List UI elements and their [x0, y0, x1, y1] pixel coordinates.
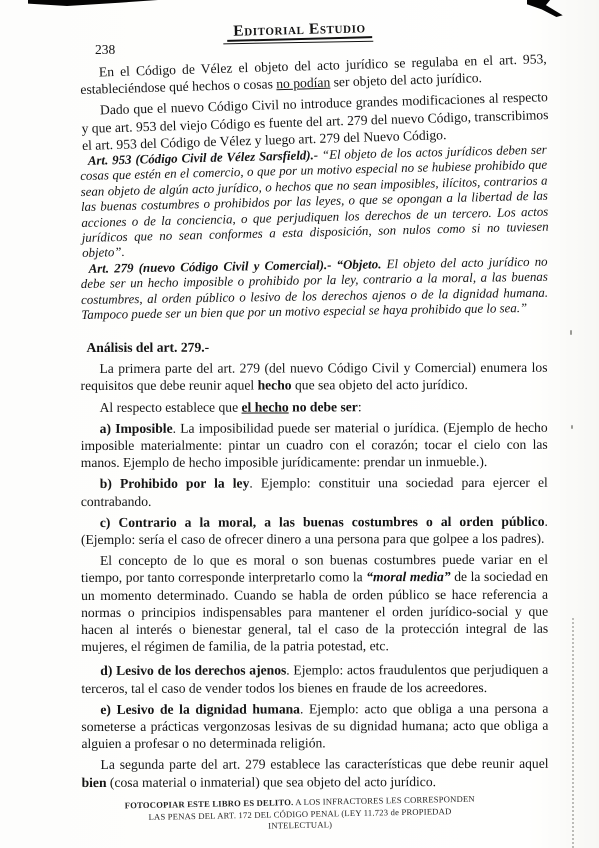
copyright-footer: FOTOCOPIAR ESTE LIBRO ES DELITO. A LOS I…	[0, 797, 599, 833]
list-item-e: e) Lesivo de la dignidad humana. Ejemplo…	[81, 700, 548, 753]
underlined-term: no podían	[276, 75, 330, 92]
article-279-objeto-label: “Objeto.	[337, 257, 382, 272]
moral-concept-paragraph: El concepto de lo que es moral o son bue…	[81, 551, 548, 655]
list-item-d: d) Lesivo de los derechos ajenos. Ejempl…	[81, 662, 548, 698]
scanned-book-page: Editorial Estudio 238 En el Código de Vé…	[0, 0, 599, 848]
scan-artifact-top-left	[28, 0, 158, 6]
page-content: En el Código de Vélez el objeto del acto…	[81, 64, 548, 791]
bold-term-bien: bien	[82, 775, 107, 790]
article-279-section: Art. 279 (nuevo Código Civil y Comercial…	[81, 255, 549, 324]
list-item-c: c) Contrario a la moral, a las buenas co…	[81, 513, 548, 549]
copyright-warning: FOTOCOPIAR ESTE LIBRO ES DELITO. A LOS I…	[115, 793, 484, 835]
analysis-heading: Análisis del art. 279.-	[80, 338, 547, 356]
analysis-paragraph-2: Al respecto establece que el hecho no de…	[81, 398, 548, 416]
article-953-quote: Art. 953 (Código Civil de Vélez Sarsfiel…	[80, 143, 549, 262]
scan-speck	[571, 425, 573, 429]
page-number: 238	[95, 42, 115, 58]
emphasized-term-moral-media: “moral media”	[366, 570, 450, 585]
list-item-a: a) Imposible. La imposibilidad puede ser…	[81, 419, 548, 472]
analysis-section: Análisis del art. 279.- La primera parte…	[80, 338, 548, 791]
analysis-paragraph-1: La primera parte del art. 279 (del nuevo…	[80, 359, 547, 395]
list-item-e-label: e) Lesivo de la dignidad humana	[100, 702, 300, 718]
underlined-term-el-hecho: el hecho	[241, 400, 288, 415]
list-item-b: b) Prohibido por la ley. Ejemplo: consti…	[81, 475, 548, 511]
publisher-title: Editorial Estudio	[229, 19, 370, 43]
closing-paragraph: La segunda parte del art. 279 establece …	[82, 756, 549, 792]
article-279-quote: Art. 279 (nuevo Código Civil y Comercial…	[81, 255, 549, 324]
list-item-d-label: d) Lesivo de los derechos ajenos	[100, 663, 286, 678]
bold-phrase: no debe ser	[292, 399, 358, 414]
list-item-b-label: b) Prohibido por la ley	[100, 476, 250, 491]
list-item-a-label: a) Imposible	[100, 421, 173, 436]
intro-section: En el Código de Vélez el objeto del acto…	[80, 50, 549, 154]
page-header: Editorial Estudio	[0, 13, 599, 49]
scan-speck	[570, 330, 572, 335]
list-item-c-label: c) Contrario a la moral, a las buenas co…	[100, 514, 545, 530]
bold-term-hecho: hecho	[258, 378, 292, 393]
article-953-section: Art. 953 (Código Civil de Vélez Sarsfiel…	[80, 143, 549, 262]
